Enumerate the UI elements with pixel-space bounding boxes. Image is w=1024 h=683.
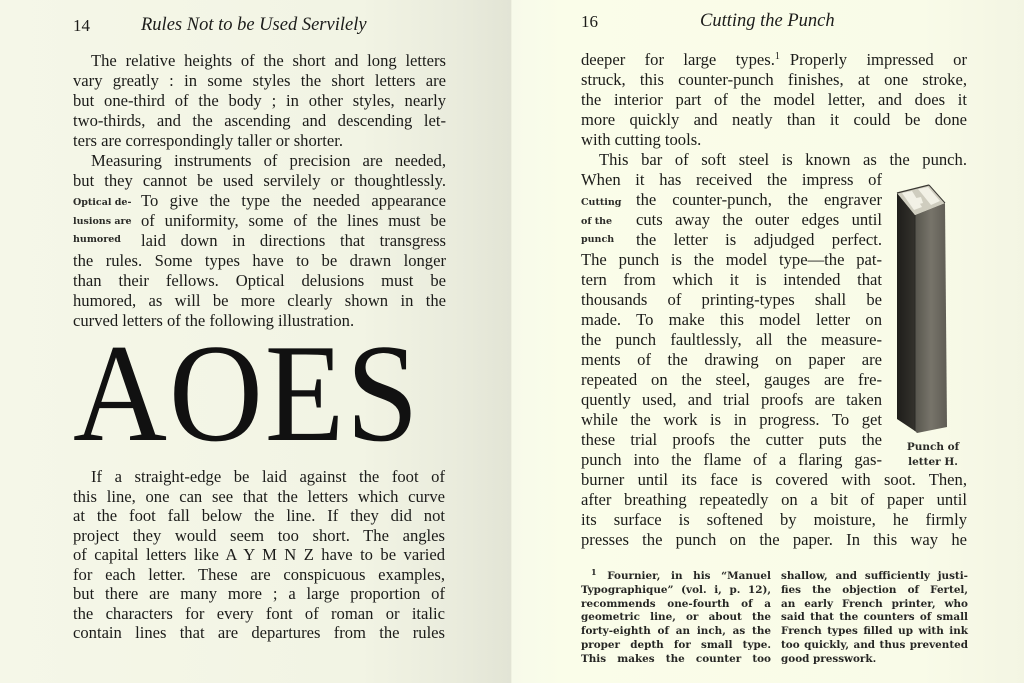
text-line: To give the type the needed appearance <box>141 191 446 211</box>
margin-note-line: lusions are <box>73 212 132 232</box>
text-fragment: Fournier, in his “Manuel <box>607 570 771 582</box>
text-line: more quickly and neatly than it could be… <box>581 110 967 130</box>
text-fragment: deeper for large types. <box>581 50 775 69</box>
footnote-reference[interactable]: 1 <box>775 51 780 62</box>
page-number: 14 <box>73 16 90 36</box>
footnote-marker: 1 <box>591 567 597 577</box>
text-line: If a straight-edge be laid against the f… <box>73 467 445 487</box>
text-line: but they cannot be used servilely or tho… <box>73 171 446 191</box>
text-line: while the work is in progress. To get <box>581 410 882 430</box>
text-line: This bar of soft steel is known as the p… <box>581 150 967 170</box>
text-line: the counter-punch, the engraver <box>636 190 882 210</box>
text-line: of uniformity, some of the lines must be <box>141 211 446 231</box>
running-title: Cutting the Punch <box>700 11 835 32</box>
text-line: burner until its face is covered with so… <box>581 470 967 490</box>
footnote-line: said that the counters of small <box>781 610 968 624</box>
text-line: the characters for every font of roman o… <box>73 604 445 624</box>
margin-note-line: Cutting <box>581 193 621 213</box>
text-line: with cutting tools. <box>581 130 967 150</box>
text-line: the rules. Some types have to be drawn l… <box>73 251 446 271</box>
text-line: tern from which it is intended that <box>581 270 882 290</box>
text-line: than their fellows. Optical delusions mu… <box>73 271 446 291</box>
footnote-line: French types filled up with ink <box>781 624 968 638</box>
text-line: Measuring instruments of precision are n… <box>73 151 446 171</box>
text-line: deeper for large types.1Properly impress… <box>581 50 967 70</box>
text-line: The punch is the model type—the pat- <box>581 250 882 270</box>
caption-line: Punch of <box>896 440 970 455</box>
footnote-line: forty-eighth of an inch, as the <box>581 624 771 638</box>
text-line: of capital letters like A Y M N Z have t… <box>73 545 445 565</box>
text-line: at the foot fall below the line. If they… <box>73 506 445 526</box>
text-line: the punch faultlessly, all the measure- <box>581 330 882 350</box>
text-line: this line, one can see that the letters … <box>73 487 445 507</box>
text-line: contain lines that are departures from t… <box>73 623 445 643</box>
text-line: When it has received the impress of <box>581 170 882 190</box>
figure-caption: Punch of letter H. <box>896 440 970 470</box>
text-line: after breathing repeatedly on a bit of p… <box>581 490 967 510</box>
margin-note-line: humored <box>73 230 132 250</box>
margin-note-cutting-the-punch: Cutting of the punch <box>581 193 621 250</box>
text-line: made. To make this model letter on <box>581 310 882 330</box>
text-line: humored, as will be more clearly shown i… <box>73 291 446 311</box>
text-line: vary greatly : in some styles the short … <box>73 71 446 91</box>
text-line: its surface is softened by moisture, he … <box>581 510 967 530</box>
text-line: punch into the flame of a flaring gas- <box>581 450 882 470</box>
footnote-line: shallow, and sufficiently justi- <box>781 569 968 583</box>
right-page: 16 Cutting the Punch deeper for large ty… <box>512 0 1024 683</box>
footnote-line: Typographique” (vol. i, p. 12), <box>581 583 771 597</box>
margin-note-line: punch <box>581 230 621 250</box>
footnote-line: recommends one-fourth of a <box>581 597 771 611</box>
footnote-line: 1 Fournier, in his “Manuel <box>581 569 771 583</box>
text-line: but one-third of the body ; in other sty… <box>73 91 446 111</box>
margin-note-line: Optical de- <box>73 193 132 213</box>
margin-note-line: of the <box>581 212 621 232</box>
text-line: The relative heights of the short and lo… <box>73 51 446 71</box>
running-title: Rules Not to be Used Servilely <box>141 15 367 36</box>
text-line: the interior part of the model letter, a… <box>581 90 967 110</box>
text-line: thousands of printing-types shall be <box>581 290 882 310</box>
text-line: but there are many more ; a large propor… <box>73 584 445 604</box>
text-line: project they would seem too short. The a… <box>73 526 445 546</box>
text-line: two-thirds, and the ascending and descen… <box>73 111 446 131</box>
text-line: ters are correspondingly taller or short… <box>73 131 446 151</box>
punch-of-letter-h-image <box>895 183 949 433</box>
footnote-line: too quickly, and thus prevented <box>781 638 968 652</box>
text-line: laid down in directions that transgress <box>141 231 446 251</box>
text-line: presses the punch on the paper. In this … <box>581 530 967 550</box>
text-line: cuts away the outer edges until <box>636 210 882 230</box>
text-line: these trial proofs the cutter puts the <box>581 430 882 450</box>
text-fragment: Properly impressed or <box>790 50 967 69</box>
text-line: quently used, and trial proofs are taken <box>581 390 882 410</box>
footnote-line: good presswork. <box>781 652 968 666</box>
text-line: repeated on the steel, gauges are fre- <box>581 370 882 390</box>
illustration-aoes: AOES <box>73 338 421 450</box>
page-number: 16 <box>581 12 598 32</box>
text-line: struck, this counter-punch finishes, at … <box>581 70 967 90</box>
footnote-line: proper depth for small type. <box>581 638 771 652</box>
footnote-line: fies the objection of Fertel, <box>781 583 968 597</box>
footnote-line: This makes the counter too <box>581 652 771 666</box>
left-page: 14 Rules Not to be Used Servilely The re… <box>0 0 512 683</box>
caption-line: letter H. <box>896 455 970 470</box>
margin-note-optical-delusions: Optical de- lusions are humored <box>73 193 132 250</box>
text-line: the letter is adjudged perfect. <box>636 230 882 250</box>
footnote-line: an early French printer, who <box>781 597 968 611</box>
text-line: for each letter. These are conspicuous e… <box>73 565 445 585</box>
text-line: ments of the drawing on paper are <box>581 350 882 370</box>
footnote-line: geometric line, or about the <box>581 610 771 624</box>
